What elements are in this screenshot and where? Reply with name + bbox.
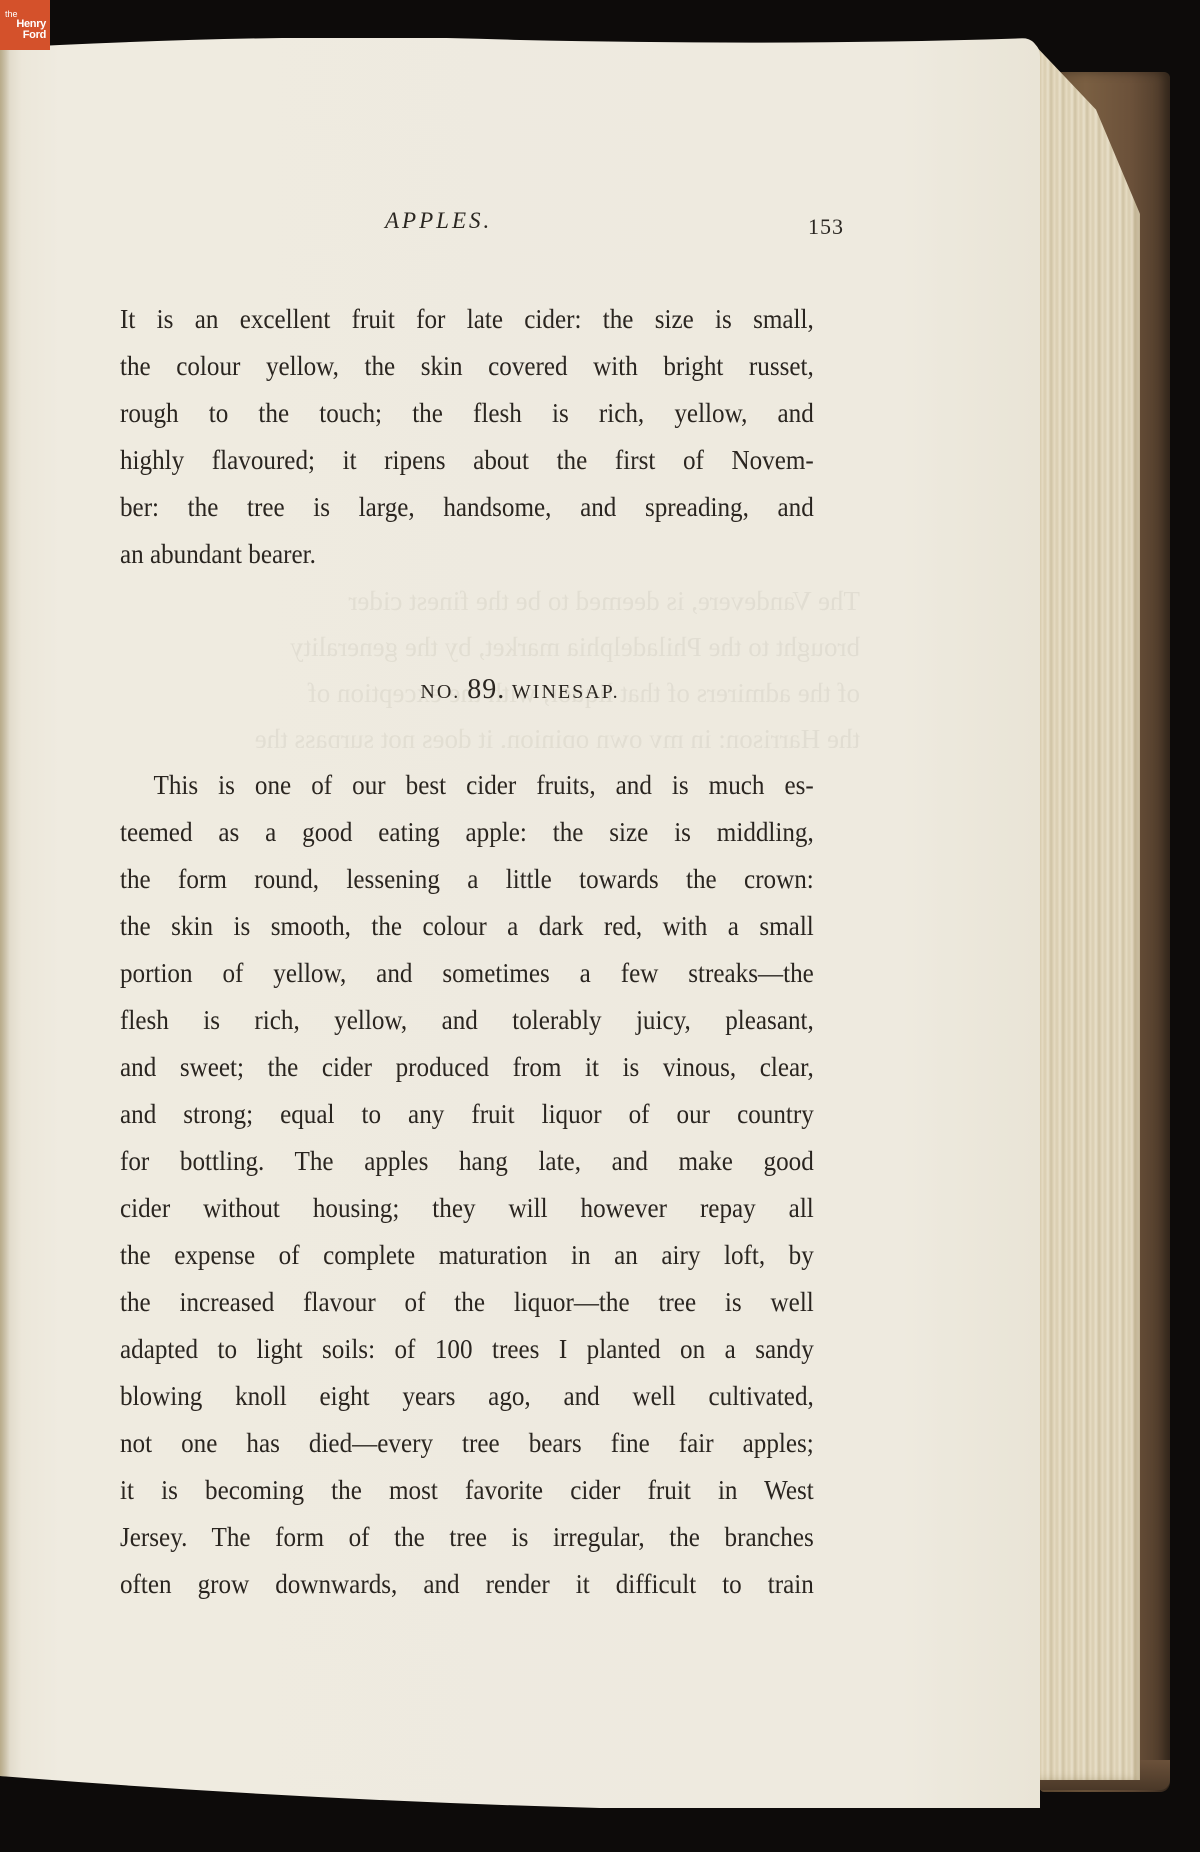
- text-line: It is an excellent fruit for late cider:…: [120, 296, 814, 343]
- heading-number: 89.: [467, 674, 505, 705]
- show-through-line: brought to the Philadelphia market, by t…: [120, 624, 860, 670]
- paragraph-2: This is one of our best cider fruits, an…: [120, 762, 814, 1608]
- book-page: The Vandevere, is deemed to be the fines…: [0, 38, 1040, 1808]
- show-through-line: the Harrison: in my own opinion, it does…: [120, 716, 860, 748]
- text-line: cider without housing; they will however…: [120, 1185, 814, 1232]
- text-line: not one has died—every tree bears fine f…: [120, 1420, 814, 1467]
- show-through-line: The Vandevere, is deemed to be the fines…: [120, 578, 860, 624]
- logo-the: the: [0, 10, 18, 19]
- henry-ford-logo: the Henry Ford: [0, 0, 50, 50]
- section-heading: NO. 89. WINESAP.: [0, 674, 1040, 706]
- running-title: APPLES.: [385, 208, 492, 234]
- text-line: and sweet; the cider produced from it is…: [120, 1044, 814, 1091]
- text-line: portion of yellow, and sometimes a few s…: [120, 950, 814, 997]
- text-line: the colour yellow, the skin covered with…: [120, 343, 814, 390]
- text-line: adapted to light soils: of 100 trees I p…: [120, 1326, 814, 1373]
- page-fore-edge: [1030, 40, 1140, 1780]
- paragraph-1: It is an excellent fruit for late cider:…: [120, 296, 814, 578]
- page-number: 153: [808, 214, 844, 240]
- text-line: blowing knoll eight years ago, and well …: [120, 1373, 814, 1420]
- text-line: often grow downwards, and render it diff…: [120, 1561, 814, 1608]
- text-line: the expense of complete maturation in an…: [120, 1232, 814, 1279]
- text-line: the skin is smooth, the colour a dark re…: [120, 903, 814, 950]
- running-head: APPLES. 153: [0, 208, 1040, 248]
- text-line: highly flavoured; it ripens about the fi…: [120, 437, 814, 484]
- show-through-text: The Vandevere, is deemed to be the fines…: [120, 578, 860, 748]
- heading-prefix: NO.: [420, 681, 460, 703]
- heading-title: WINESAP.: [512, 681, 620, 703]
- logo-ford: Ford: [23, 30, 46, 41]
- text-line: teemed as a good eating apple: the size …: [120, 809, 814, 856]
- text-line: ber: the tree is large, handsome, and sp…: [120, 484, 814, 531]
- text-line: and strong; equal to any fruit liquor of…: [120, 1091, 814, 1138]
- text-line: rough to the touch; the flesh is rich, y…: [120, 390, 814, 437]
- text-line: for bottling. The apples hang late, and …: [120, 1138, 814, 1185]
- text-line: it is becoming the most favorite cider f…: [120, 1467, 814, 1514]
- text-line: Jersey. The form of the tree is irregula…: [120, 1514, 814, 1561]
- logo-henry: Henry: [16, 19, 46, 30]
- text-line: the form round, lessening a little towar…: [120, 856, 814, 903]
- text-line: an abundant bearer.: [120, 531, 814, 578]
- text-line: flesh is rich, yellow, and tolerably jui…: [120, 997, 814, 1044]
- text-line: the increased flavour of the liquor—the …: [120, 1279, 814, 1326]
- text-line: This is one of our best cider fruits, an…: [120, 762, 814, 809]
